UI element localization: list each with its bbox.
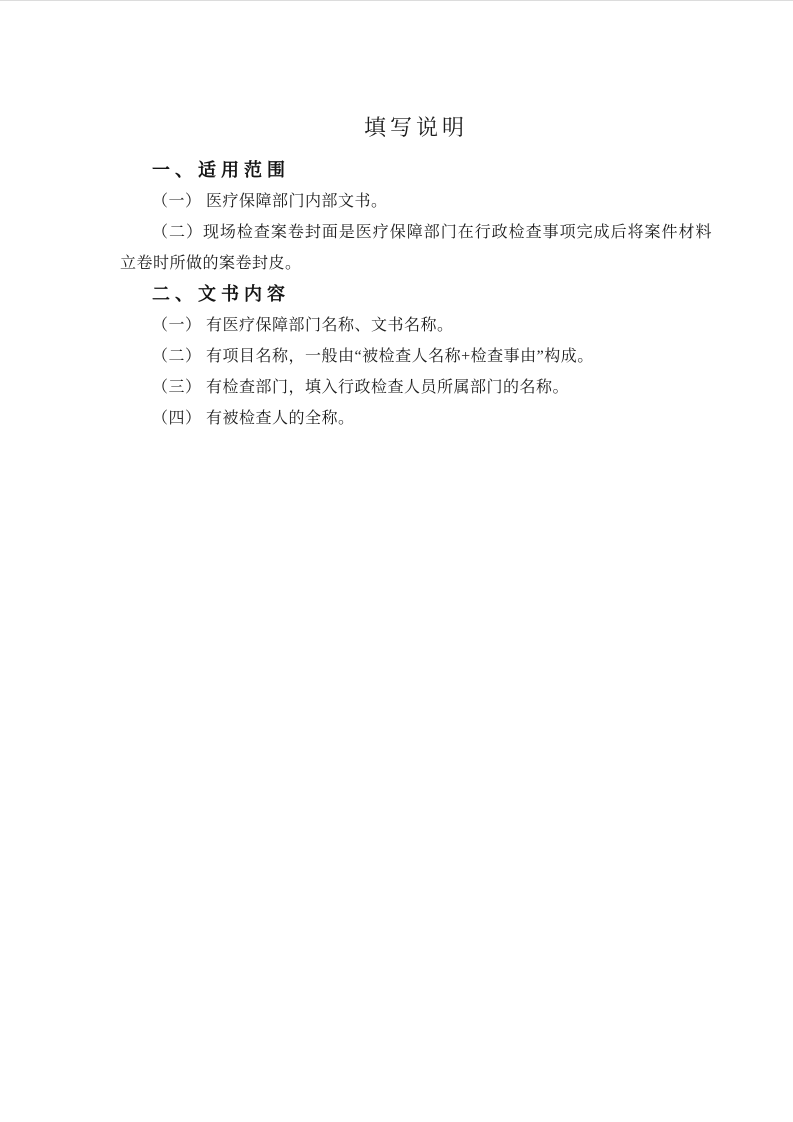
document-content: 填写说明 一、适用范围 （一） 医疗保障部门内部文书。 （二）现场检查案卷封面是…	[120, 109, 712, 434]
section-heading-1: 一、适用范围	[120, 155, 712, 186]
section-2-item-3: （三） 有检查部门，填入行政检查人员所属部门的名称。	[120, 372, 712, 403]
document-page: 填写说明 一、适用范围 （一） 医疗保障部门内部文书。 （二）现场检查案卷封面是…	[0, 0, 793, 1122]
section-1-item-1: （一） 医疗保障部门内部文书。	[120, 186, 712, 217]
section-1-item-2: （二）现场检查案卷封面是医疗保障部门在行政检查事项完成后将案件材料立卷时所做的案…	[120, 217, 712, 279]
section-applicable-scope: 一、适用范围 （一） 医疗保障部门内部文书。 （二）现场检查案卷封面是医疗保障部…	[120, 155, 712, 279]
section-2-item-1: （一） 有医疗保障部门名称、文书名称。	[120, 310, 712, 341]
section-2-item-2: （二） 有项目名称，一般由“被检查人名称+检查事由”构成。	[120, 341, 712, 372]
section-heading-2: 二、文书内容	[120, 279, 712, 310]
document-title: 填写说明	[120, 109, 712, 147]
section-2-item-4: （四） 有被检查人的全称。	[120, 403, 712, 434]
section-document-contents: 二、文书内容 （一） 有医疗保障部门名称、文书名称。 （二） 有项目名称，一般由…	[120, 279, 712, 434]
